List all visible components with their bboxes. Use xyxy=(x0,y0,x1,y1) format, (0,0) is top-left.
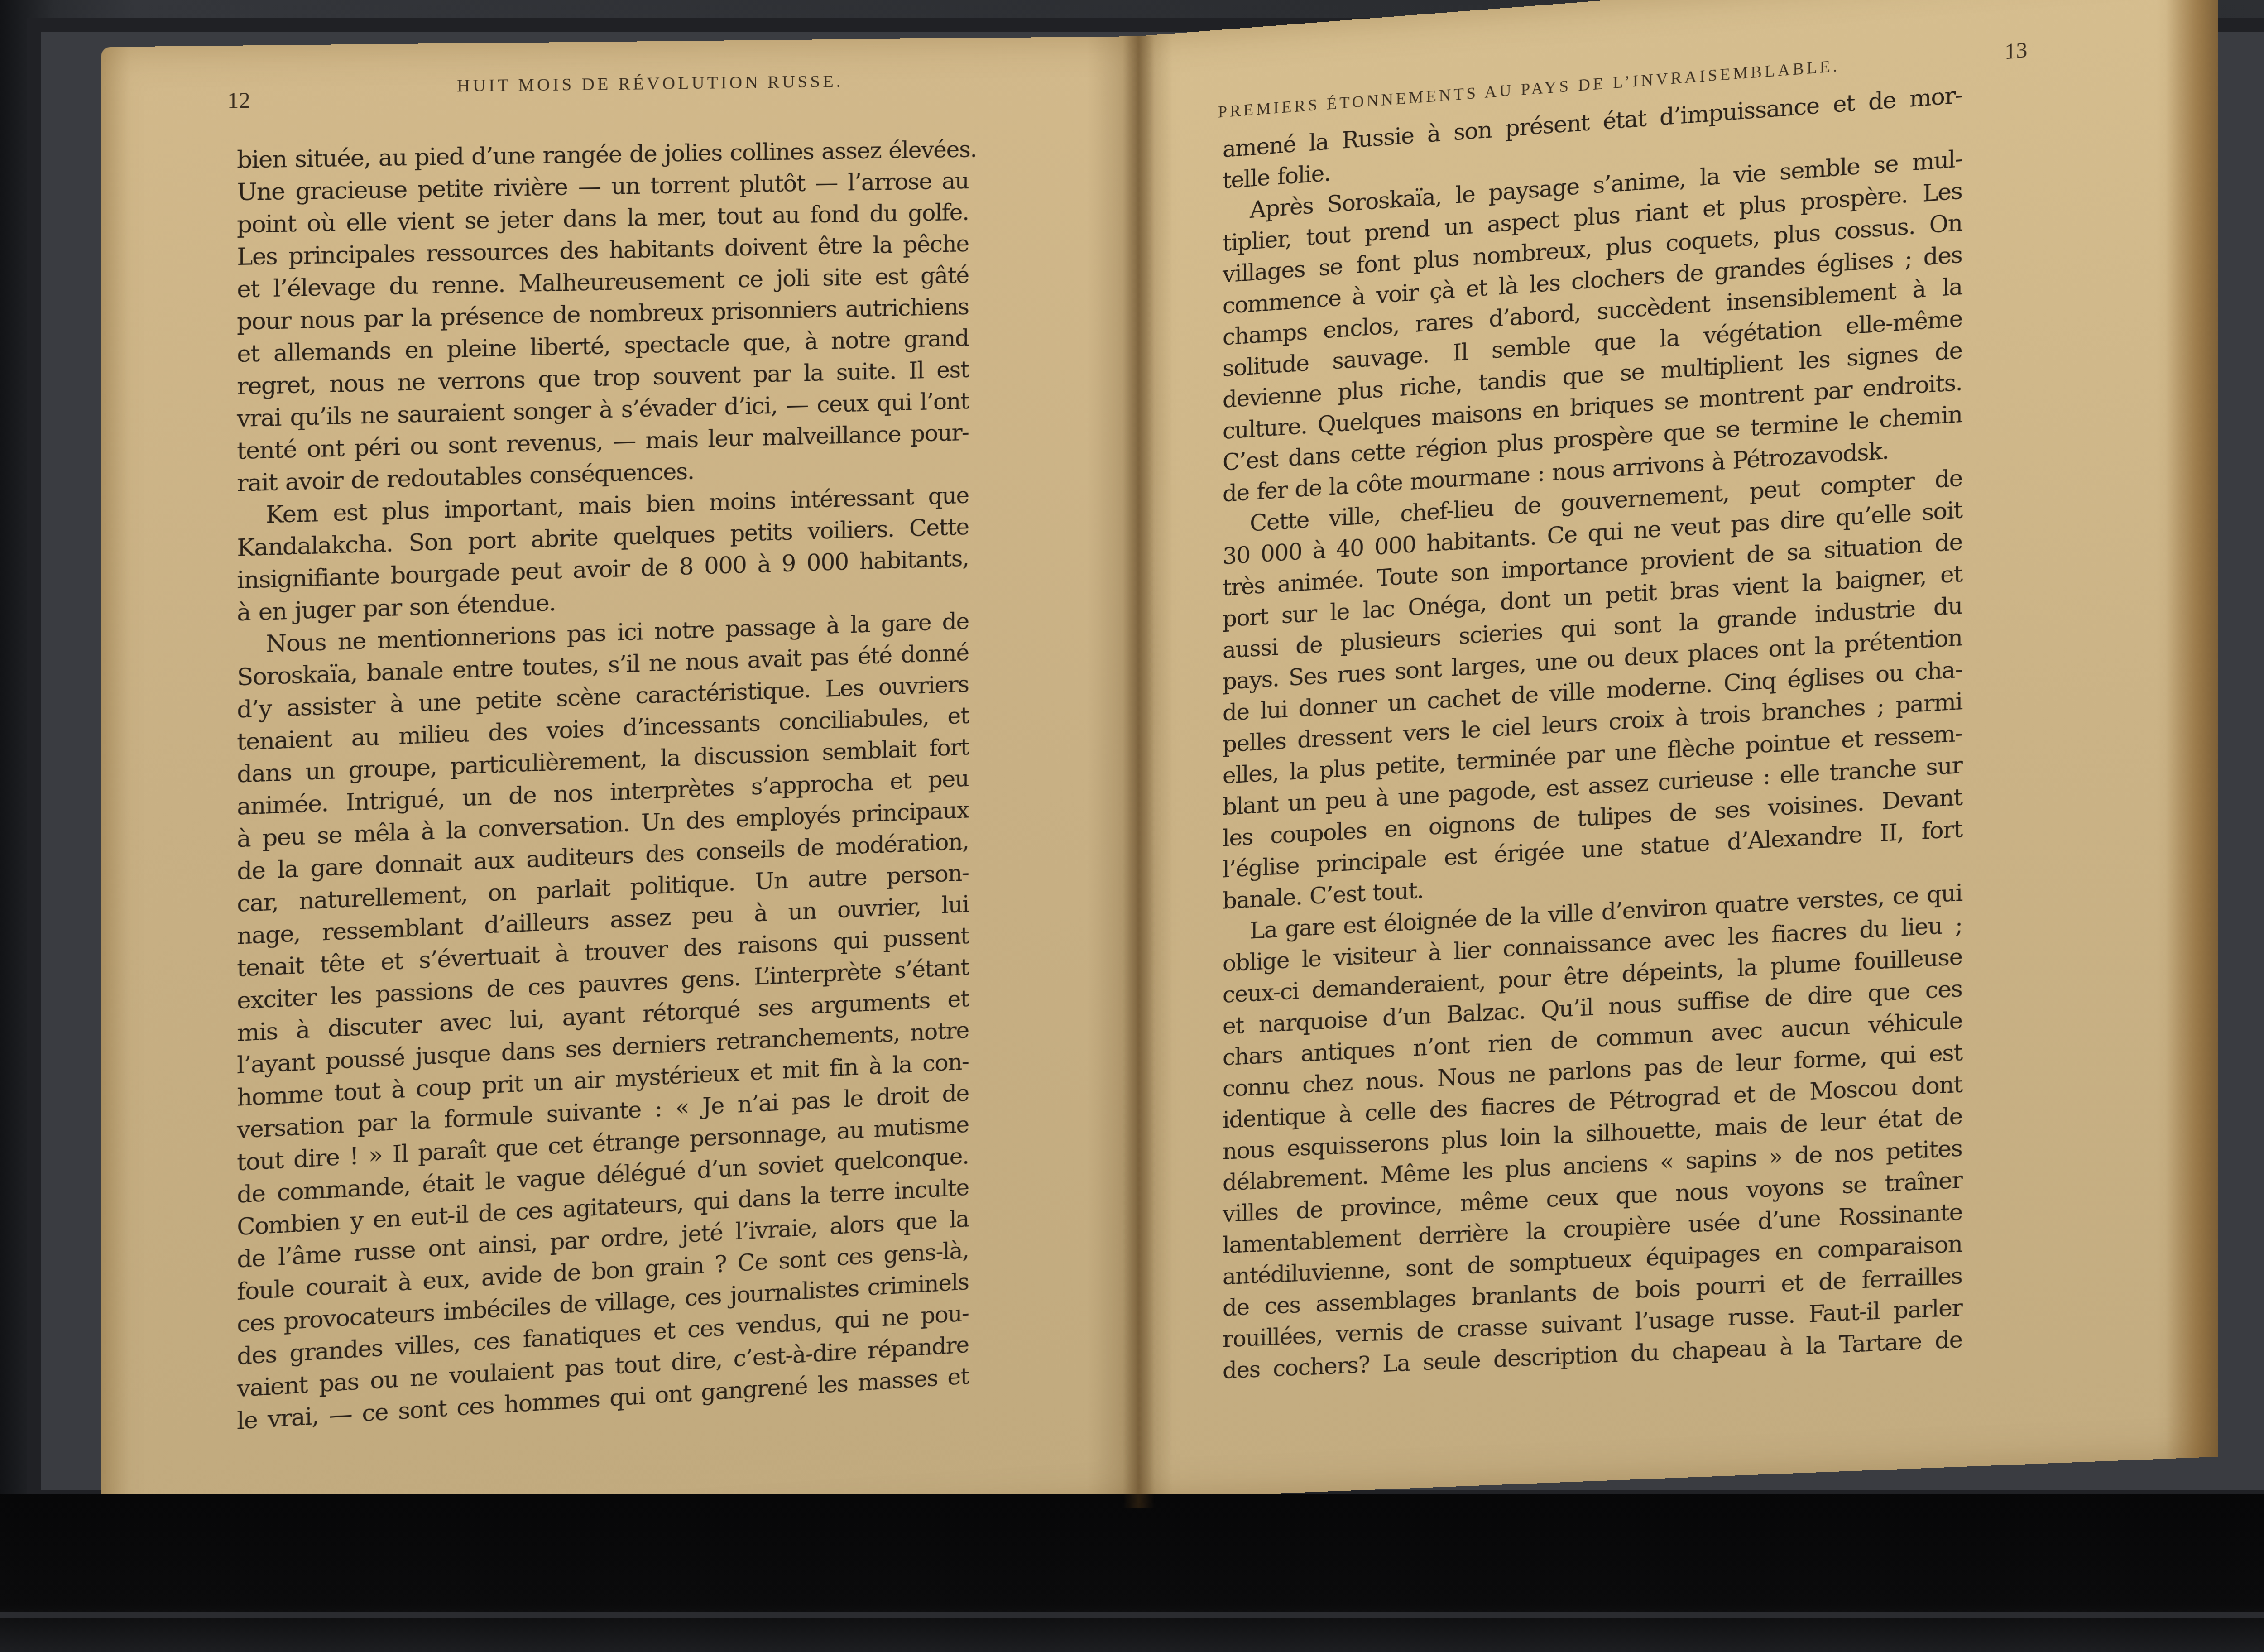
page-number-right: 13 xyxy=(2005,38,2027,65)
left-page-text: bien située, au pied d’une rangée de jol… xyxy=(237,134,969,1437)
photo-scene: 12 HUIT MOIS DE RÉVOLUTION RUSSE. bien s… xyxy=(0,0,2264,1652)
running-head-left: HUIT MOIS DE RÉVOLUTION RUSSE. xyxy=(457,72,843,96)
right-page: PREMIERS ÉTONNEMENTS AU PAYS DE L’INVRAI… xyxy=(1137,0,2218,1499)
display-case-edge xyxy=(0,1612,2264,1618)
left-page: 12 HUIT MOIS DE RÉVOLUTION RUSSE. bien s… xyxy=(101,36,1141,1569)
page-number-left: 12 xyxy=(227,87,250,114)
right-page-text: amené la Russie à son présent état d’imp… xyxy=(1223,79,1962,1387)
book-gutter xyxy=(1123,36,1155,1508)
display-case-front xyxy=(0,1494,2264,1652)
open-book: 12 HUIT MOIS DE RÉVOLUTION RUSSE. bien s… xyxy=(136,36,2241,1513)
